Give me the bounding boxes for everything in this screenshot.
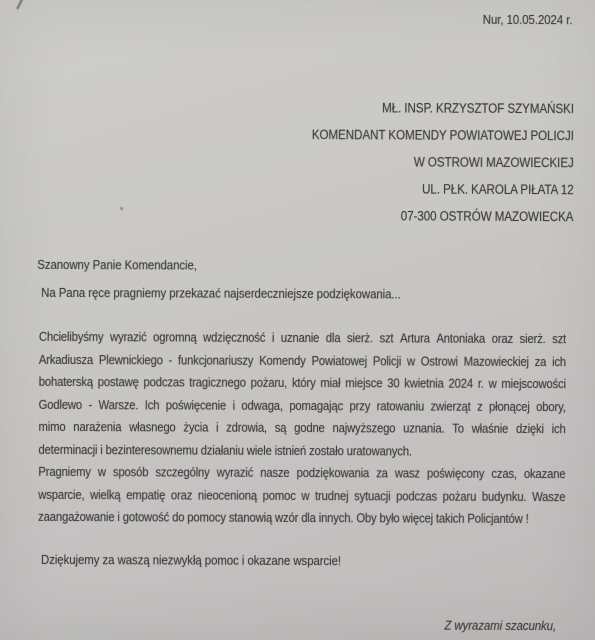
salutation-line: Szanowny Panie Komendancie, bbox=[37, 257, 197, 273]
body-line: Pragniemywsposóbszczególnywyrazićnaszepo… bbox=[38, 461, 565, 486]
place-and-date: Nur, 10.05.2024 r. bbox=[483, 12, 573, 27]
body-line: mimonarażeniawłasnegożyciaizdrowia,sągod… bbox=[38, 416, 565, 441]
closing-line: Z wyrazami szacunku, bbox=[444, 618, 556, 633]
recipient-block: MŁ. INSP. KRZYSZTOF SZYMAŃSKI KOMENDANT … bbox=[173, 93, 574, 230]
paragraph-1: Chcielibyśmywyrazićogromnąwdzięcznośćiuz… bbox=[38, 326, 566, 463]
body-line: ArkadiuszaPlewnickiego-funkcjonariuszyKo… bbox=[39, 348, 566, 373]
recipient-street: UL. PŁK. KAROLA PIŁATA 12 bbox=[173, 174, 573, 203]
recipient-name: MŁ. INSP. KRZYSZTOF SZYMAŃSKI bbox=[174, 93, 574, 122]
body-line: Godlewo-Warsze.Ichpoświęcenieiodwaga,pom… bbox=[39, 393, 566, 418]
body-line: determinacji i bezinteresownemu działani… bbox=[38, 438, 565, 463]
body-line: zaangażowanie i gotowość do pomocy stano… bbox=[38, 506, 565, 531]
letter-page: Nur, 10.05.2024 r. MŁ. INSP. KRZYSZTOF S… bbox=[0, 0, 595, 640]
letter-photo-background: Nur, 10.05.2024 r. MŁ. INSP. KRZYSZTOF S… bbox=[0, 0, 595, 640]
recipient-city: 07-300 OSTRÓW MAZOWIECKA bbox=[173, 201, 573, 230]
recipient-unit: W OSTROWI MAZOWIECKIEJ bbox=[173, 147, 573, 176]
body-line: Chcielibyśmywyrazićogromnąwdzięcznośćiuz… bbox=[39, 326, 566, 351]
body-line: wsparcie,wielkąempatięoraznieocenionąpom… bbox=[38, 483, 565, 508]
body-line: bohaterskąpostawępodczastragicznegopożar… bbox=[39, 371, 566, 396]
intro-line: Na Pana ręce pragniemy przekazać najserd… bbox=[41, 285, 401, 302]
letter-body: Chcielibyśmywyrazićogromnąwdzięcznośćiuz… bbox=[38, 326, 566, 531]
paragraph-2: Pragniemywsposóbszczególnywyrazićnaszepo… bbox=[38, 461, 566, 531]
thanks-line: Dziękujemy za waszą niezwykłą pomoc i ok… bbox=[41, 552, 341, 568]
recipient-title: KOMENDANT KOMENDY POWIATOWEJ POLICJI bbox=[174, 120, 574, 149]
